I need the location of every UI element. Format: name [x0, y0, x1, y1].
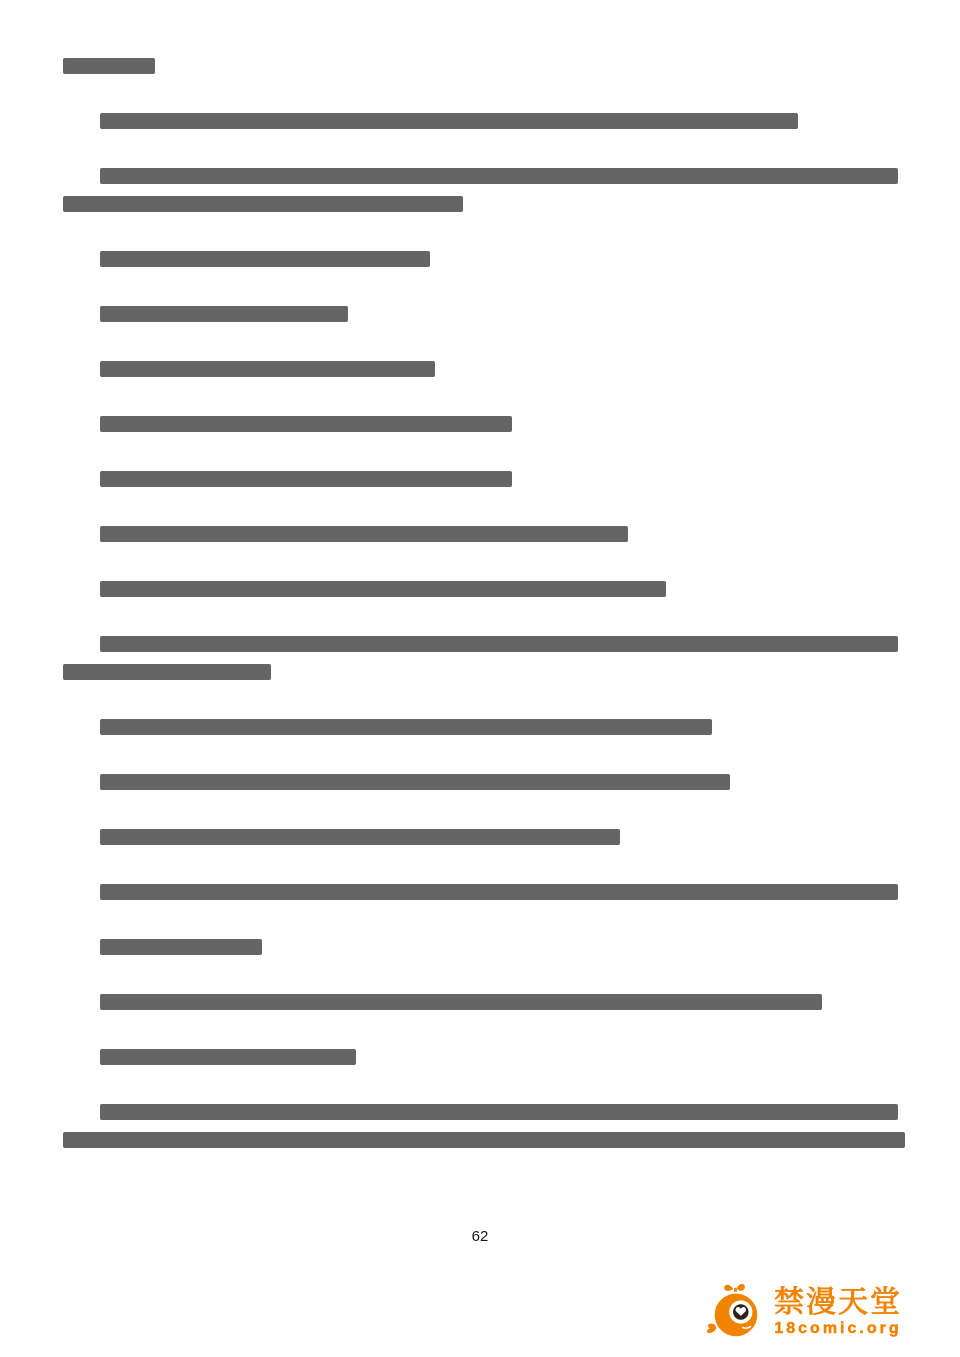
text-line-placeholder: [100, 168, 898, 184]
paragraph: [63, 994, 905, 1010]
page-number: 62: [0, 1228, 960, 1245]
paragraph: [63, 251, 905, 267]
text-line-placeholder: [100, 939, 262, 955]
paragraph: [63, 168, 905, 212]
paragraph: [63, 774, 905, 790]
paragraph: [63, 1049, 905, 1065]
paragraph: [63, 306, 905, 322]
paragraph: [63, 939, 905, 955]
text-line-placeholder: [100, 1104, 898, 1120]
text-line-placeholder: [100, 416, 512, 432]
watermark-text: 禁漫天堂 18comic.org: [774, 1288, 902, 1337]
paragraph: [63, 58, 905, 74]
text-line-placeholder: [100, 581, 666, 597]
paragraph: [63, 581, 905, 597]
watermark-site-url: 18comic.org: [774, 1321, 901, 1337]
watermark-brand: 禁漫天堂: [774, 1288, 902, 1318]
text-line-placeholder: [100, 1049, 356, 1065]
mascot-icon: [704, 1281, 766, 1343]
paragraph: [63, 1104, 905, 1148]
text-line-placeholder: [100, 113, 798, 129]
paragraph: [63, 884, 905, 900]
paragraph: [63, 636, 905, 680]
text-line-placeholder: [100, 884, 898, 900]
text-line-placeholder: [100, 361, 435, 377]
text-line-placeholder: [100, 526, 628, 542]
site-watermark: 禁漫天堂 18comic.org: [704, 1281, 902, 1343]
paragraph: [63, 361, 905, 377]
paragraph: [63, 829, 905, 845]
paragraph: [63, 471, 905, 487]
text-line-placeholder: [63, 664, 271, 680]
paragraph: [63, 416, 905, 432]
text-line-placeholder: [100, 994, 822, 1010]
text-line-placeholder: [100, 829, 620, 845]
text-line-placeholder: [100, 306, 348, 322]
paragraph: [63, 113, 905, 129]
document-page: 62 禁漫天堂 18comic.org: [0, 0, 960, 1357]
page-text: [63, 58, 905, 1187]
text-line-placeholder: [100, 636, 898, 652]
text-line-placeholder: [100, 719, 712, 735]
text-line-placeholder: [63, 58, 155, 74]
paragraph: [63, 526, 905, 542]
text-line-placeholder: [100, 251, 430, 267]
text-line-placeholder: [63, 196, 463, 212]
text-line-placeholder: [63, 1132, 905, 1148]
text-line-placeholder: [100, 471, 512, 487]
text-line-placeholder: [100, 774, 730, 790]
paragraph: [63, 719, 905, 735]
